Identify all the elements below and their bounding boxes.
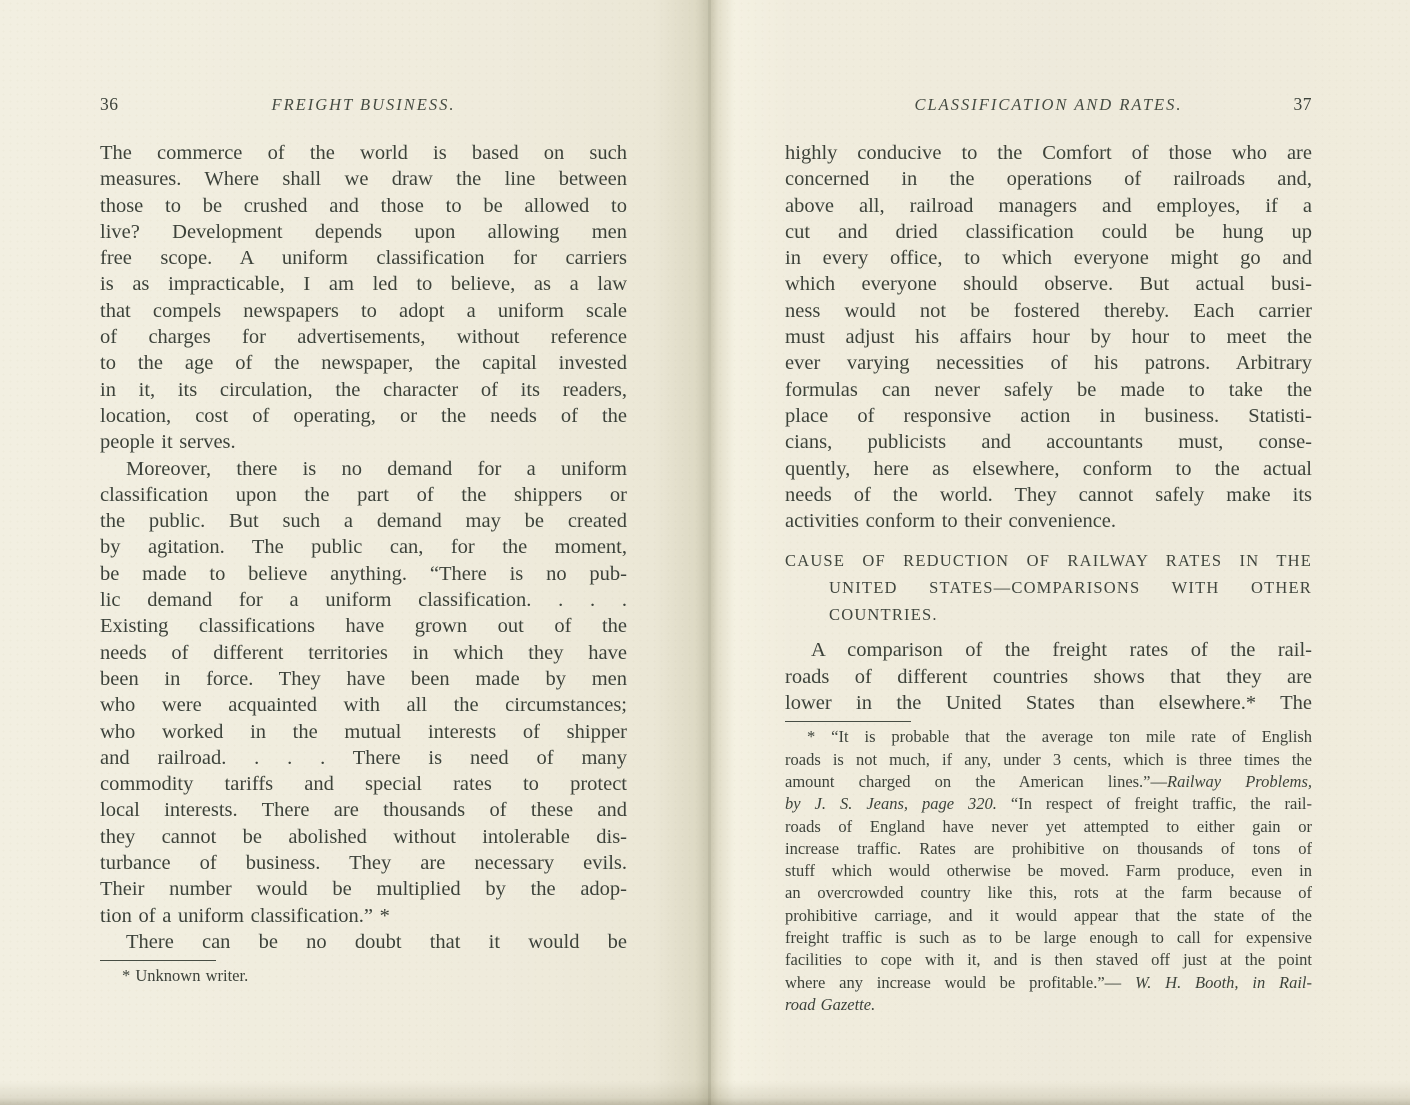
text-line: roads of England have never yet attempte…: [785, 816, 1312, 838]
text-line: Moreover, there is no demand for a unifo…: [100, 456, 627, 482]
text-line: been in force. They have been made by me…: [100, 666, 627, 692]
text-line: prohibitive carriage, and it would appea…: [785, 905, 1312, 927]
paragraph: Moreover, there is no demand for a unifo…: [100, 456, 627, 929]
text-line: free scope. A uniform classification for…: [100, 245, 627, 271]
paragraph: There can be no doubt that it would be: [100, 929, 627, 955]
italic-text-segment: Railway Problems,: [1167, 772, 1312, 791]
text-line: freight traffic is such as to be large e…: [785, 927, 1312, 949]
left-body-text: The commerce of the world is based on su…: [100, 140, 627, 955]
text-line: commodity tariffs and special rates to p…: [100, 771, 627, 797]
left-footnote: * Unknown writer.: [100, 965, 627, 987]
right-footnote: * “It is probable that the average ton m…: [785, 726, 1312, 1016]
text-line: that compels newspapers to adopt a unifo…: [100, 298, 627, 324]
text-line: lic demand for a uniform classification.…: [100, 587, 627, 613]
text-line: cut and dried classification could be hu…: [785, 219, 1312, 245]
text-segment: “In respect of freight traffic, the rail…: [997, 794, 1312, 813]
text-line: by agitation. The public can, for the mo…: [100, 534, 627, 560]
text-line: * “It is probable that the average ton m…: [785, 726, 1312, 748]
text-line: Their number would be multiplied by the …: [100, 876, 627, 902]
left-page-column: 36 FREIGHT BUSINESS. The commerce of the…: [100, 94, 627, 988]
text-line: of charges for advertisements, without r…: [100, 324, 627, 350]
text-line: must adjust his affairs hour by hour to …: [785, 324, 1312, 350]
italic-text-segment: road Gazette.: [785, 995, 875, 1014]
text-line: live? Development depends upon allowing …: [100, 219, 627, 245]
text-line: they cannot be abolished without intoler…: [100, 824, 627, 850]
text-line: turbance of business. They are necessary…: [100, 850, 627, 876]
text-line: by J. S. Jeans, page 320. “In respect of…: [785, 793, 1312, 815]
text-line: quently, here as elsewhere, conform to t…: [785, 456, 1312, 482]
text-line: ness would not be fostered thereby. Each…: [785, 298, 1312, 324]
text-line: the public. But such a demand may be cre…: [100, 508, 627, 534]
text-line: needs of different territories in which …: [100, 640, 627, 666]
text-line: an overcrowded country like this, rots a…: [785, 882, 1312, 904]
text-line: amount charged on the American lines.”—R…: [785, 771, 1312, 793]
text-line: road Gazette.: [785, 994, 1312, 1016]
text-line: Existing classifications have grown out …: [100, 613, 627, 639]
text-line: those to be crushed and those to be allo…: [100, 193, 627, 219]
text-line: needs of the world. They cannot safely m…: [785, 482, 1312, 508]
text-line: formulas can never safely be made to tak…: [785, 377, 1312, 403]
text-line: location, cost of operating, or the need…: [100, 403, 627, 429]
text-line: stuff which would otherwise be moved. Fa…: [785, 860, 1312, 882]
text-line: be made to believe anything. “There is n…: [100, 561, 627, 587]
text-line: The commerce of the world is based on su…: [100, 140, 627, 166]
right-page-number: 37: [1252, 94, 1312, 115]
text-line: activities conform to their convenience.: [785, 508, 1312, 534]
right-body-text-2: A comparison of the freight rates of the…: [785, 637, 1312, 716]
text-line: who worked in the mutual interests of sh…: [100, 719, 627, 745]
text-line: people it serves.: [100, 429, 627, 455]
text-line: facilities to cope with it, and is then …: [785, 949, 1312, 971]
text-line: COUNTRIES.: [785, 601, 1312, 628]
left-footnote-rule: [100, 960, 216, 961]
section-heading: CAUSE OF REDUCTION OF RAILWAY RATES IN T…: [785, 547, 1312, 628]
text-line: to the age of the newspaper, the capital…: [100, 350, 627, 376]
text-line: which everyone should observe. But actua…: [785, 271, 1312, 297]
text-line: increase traffic. Rates are prohibitive …: [785, 838, 1312, 860]
text-line: in every office, to which everyone might…: [785, 245, 1312, 271]
text-line: tion of a uniform classification.” *: [100, 903, 627, 929]
text-line: above all, railroad managers and employe…: [785, 193, 1312, 219]
text-line: CAUSE OF REDUCTION OF RAILWAY RATES IN T…: [785, 547, 1312, 574]
right-footnote-rule: [785, 721, 911, 722]
right-running-title: CLASSIFICATION AND RATES.: [845, 95, 1252, 115]
right-page-column: CLASSIFICATION AND RATES. 37 highly cond…: [785, 94, 1312, 1016]
text-segment: amount charged on the American lines.”—: [785, 772, 1167, 791]
paragraph: highly conducive to the Comfort of those…: [785, 140, 1312, 534]
left-running-header: 36 FREIGHT BUSINESS.: [100, 94, 627, 115]
text-line: in it, its circulation, the character of…: [100, 377, 627, 403]
book-spread: 36 FREIGHT BUSINESS. The commerce of the…: [0, 0, 1410, 1105]
text-line: local interests. There are thousands of …: [100, 797, 627, 823]
text-line: * Unknown writer.: [100, 965, 627, 987]
left-page-number: 36: [100, 94, 160, 115]
left-running-title: FREIGHT BUSINESS.: [160, 95, 567, 115]
text-line: concerned in the operations of railroads…: [785, 166, 1312, 192]
text-line: place of responsive action in business. …: [785, 403, 1312, 429]
paragraph: The commerce of the world is based on su…: [100, 140, 627, 456]
text-line: and railroad. . . . There is need of man…: [100, 745, 627, 771]
text-line: UNITED STATES—COMPARISONS WITH OTHER: [785, 574, 1312, 601]
text-line: A comparison of the freight rates of the…: [785, 637, 1312, 663]
italic-text-segment: by J. S. Jeans, page 320.: [785, 794, 997, 813]
text-line: classification upon the part of the ship…: [100, 482, 627, 508]
text-line: measures. Where shall we draw the line b…: [100, 166, 627, 192]
text-line: highly conducive to the Comfort of those…: [785, 140, 1312, 166]
right-body-text: highly conducive to the Comfort of those…: [785, 140, 1312, 534]
text-line: roads is not much, if any, under 3 cents…: [785, 749, 1312, 771]
text-line: is as impracticable, I am led to believe…: [100, 271, 627, 297]
text-segment: where any increase would be profitable.”…: [785, 973, 1135, 992]
italic-text-segment: W. H. Booth, in Rail-: [1135, 973, 1312, 992]
right-running-header: CLASSIFICATION AND RATES. 37: [785, 94, 1312, 115]
text-line: lower in the United States than elsewher…: [785, 690, 1312, 716]
paragraph: A comparison of the freight rates of the…: [785, 637, 1312, 716]
text-line: There can be no doubt that it would be: [100, 929, 627, 955]
text-line: roads of different countries shows that …: [785, 664, 1312, 690]
text-line: cians, publicists and accountants must, …: [785, 429, 1312, 455]
text-line: who were acquainted with all the circums…: [100, 692, 627, 718]
text-line: where any increase would be profitable.”…: [785, 972, 1312, 994]
text-line: ever varying necessities of his patrons.…: [785, 350, 1312, 376]
